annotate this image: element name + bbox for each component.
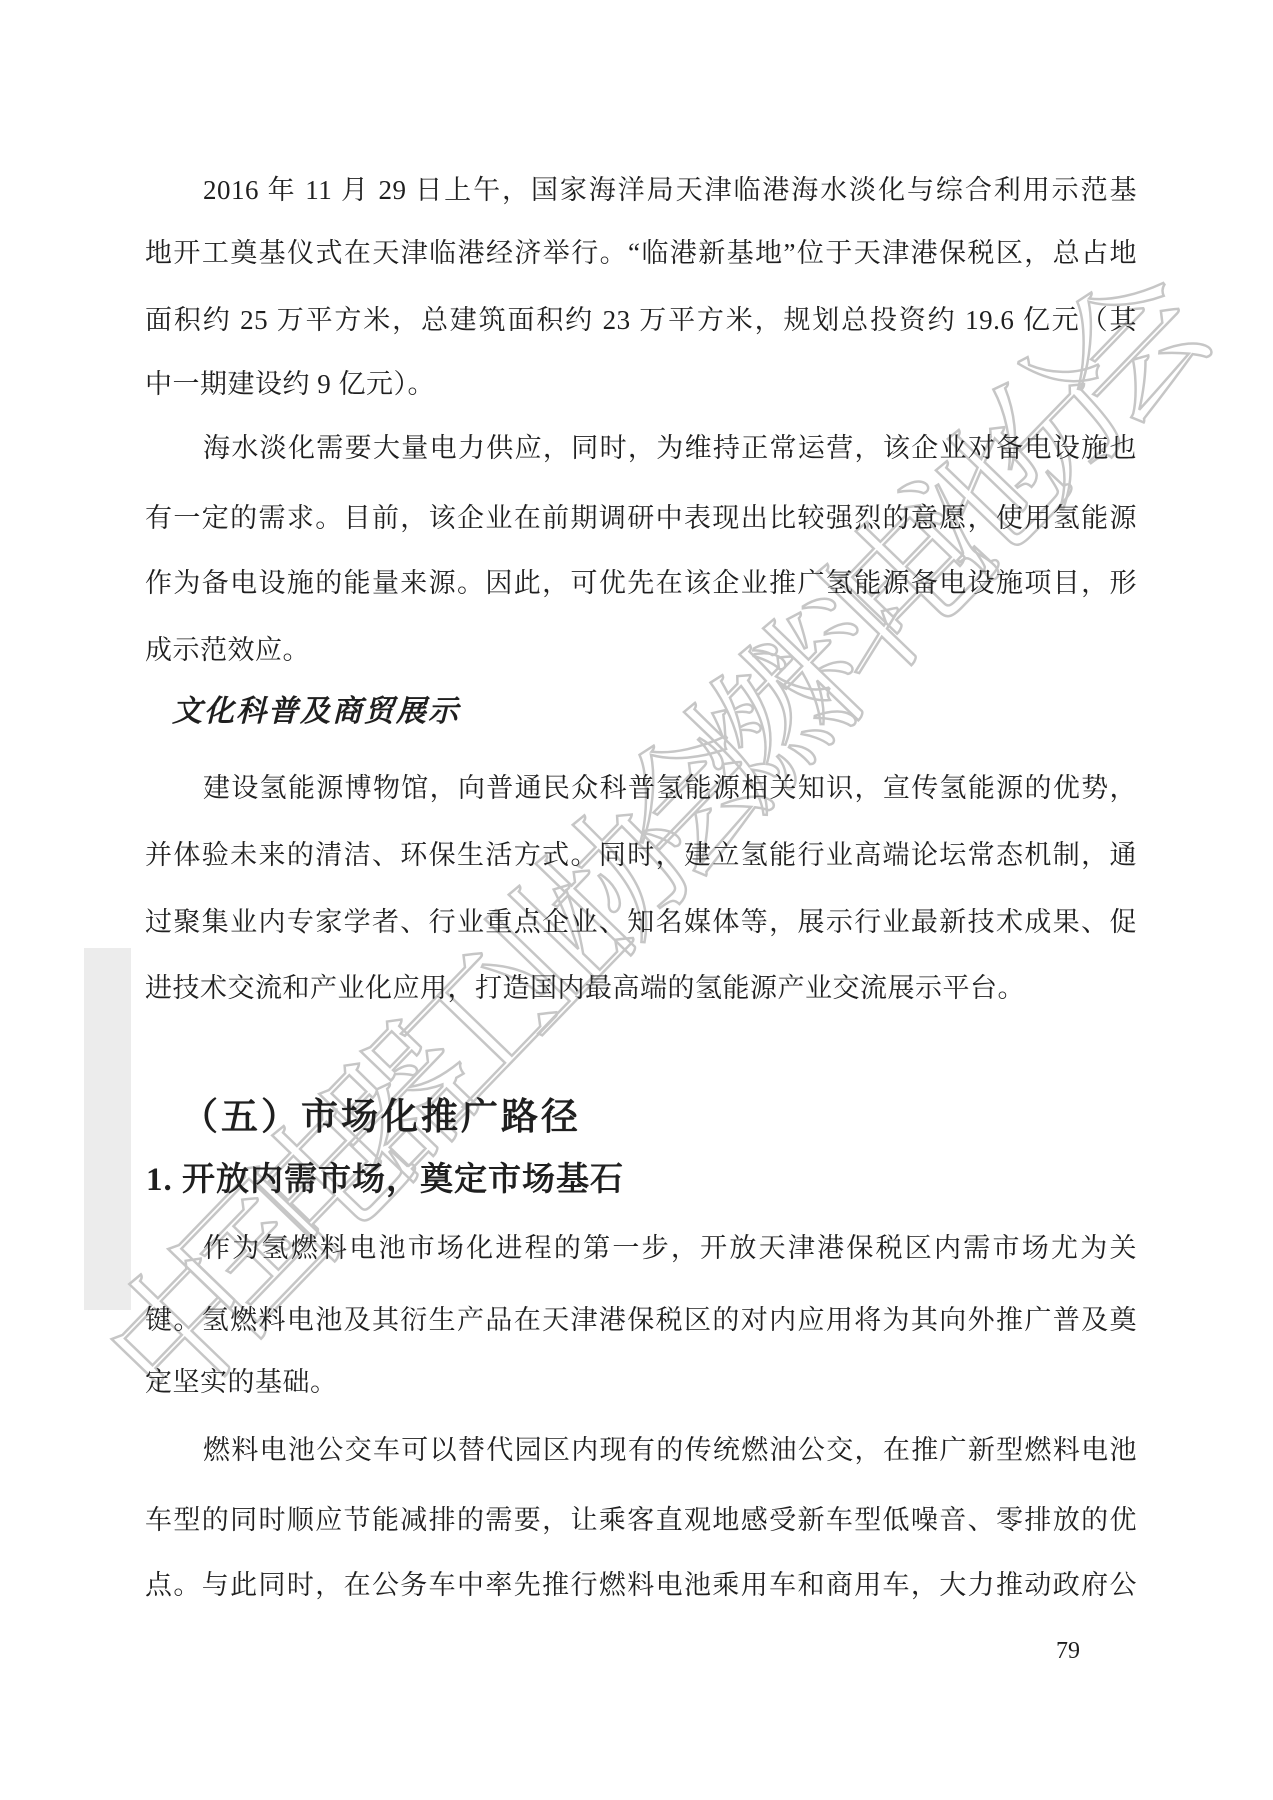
body-line: 有一定的需求。目前，该企业在前期调研中表现出比较强烈的意愿，使用氢能源 xyxy=(145,498,1137,538)
subsection-heading: 文化科普及商贸展示 xyxy=(172,692,460,732)
paragraph-last-line: 进技术交流和产业化应用，打造国内最高端的氢能源产业交流展示平台。 xyxy=(145,968,1137,1008)
body-line: 键。氢燃料电池及其衍生产品在天津港保税区的对内应用将为其向外推广普及奠 xyxy=(145,1300,1137,1340)
document-page: 中国电器工业协会燃料电池分会 2016 年 11 月 29 日上午，国家海洋局天… xyxy=(0,0,1273,1800)
paragraph-first-line: 海水淡化需要大量电力供应，同时，为维持正常运营，该企业对备电设施也 xyxy=(145,428,1137,468)
paragraph-first-line: 燃料电池公交车可以替代园区内现有的传统燃油公交，在推广新型燃料电池 xyxy=(145,1430,1137,1470)
paragraph-last-line: 定坚实的基础。 xyxy=(145,1362,1137,1402)
body-line: 过聚集业内专家学者、行业重点企业、知名媒体等，展示行业最新技术成果、促 xyxy=(145,902,1137,942)
body-line: 面积约 25 万平方米，总建筑面积约 23 万平方米，规划总投资约 19.6 亿… xyxy=(145,300,1137,340)
numbered-subheading: 1. 开放内需市场，奠定市场基石 xyxy=(146,1158,624,1202)
body-line: 并体验未来的清洁、环保生活方式。同时，建立氢能行业高端论坛常态机制，通 xyxy=(145,835,1137,875)
paragraph-last-line: 成示范效应。 xyxy=(145,630,1137,670)
page-number: 79 xyxy=(1056,1638,1080,1665)
paragraph-first-line: 建设氢能源博物馆，向普通民众科普氢能源相关知识，宣传氢能源的优势， xyxy=(145,768,1137,808)
body-line: 车型的同时顺应节能减排的需要，让乘客直观地感受新车型低噪音、零排放的优 xyxy=(145,1500,1137,1540)
body-line: 点。与此同时，在公务车中率先推行燃料电池乘用车和商用车，大力推动政府公 xyxy=(145,1565,1137,1605)
body-line: 作为备电设施的能量来源。因此，可优先在该企业推广氢能源备电设施项目，形 xyxy=(145,563,1137,603)
section-heading: （五）市场化推广路径 xyxy=(181,1094,581,1142)
paragraph-first-line: 2016 年 11 月 29 日上午，国家海洋局天津临港海水淡化与综合利用示范基 xyxy=(145,170,1137,210)
body-line: 地开工奠基仪式在天津临港经济举行。“临港新基地”位于天津港保税区，总占地 xyxy=(145,233,1137,273)
paragraph-last-line: 中一期建设约 9 亿元）。 xyxy=(145,364,1137,404)
paragraph-first-line: 作为氢燃料电池市场化进程的第一步，开放天津港保税区内需市场尤为关 xyxy=(145,1228,1137,1268)
